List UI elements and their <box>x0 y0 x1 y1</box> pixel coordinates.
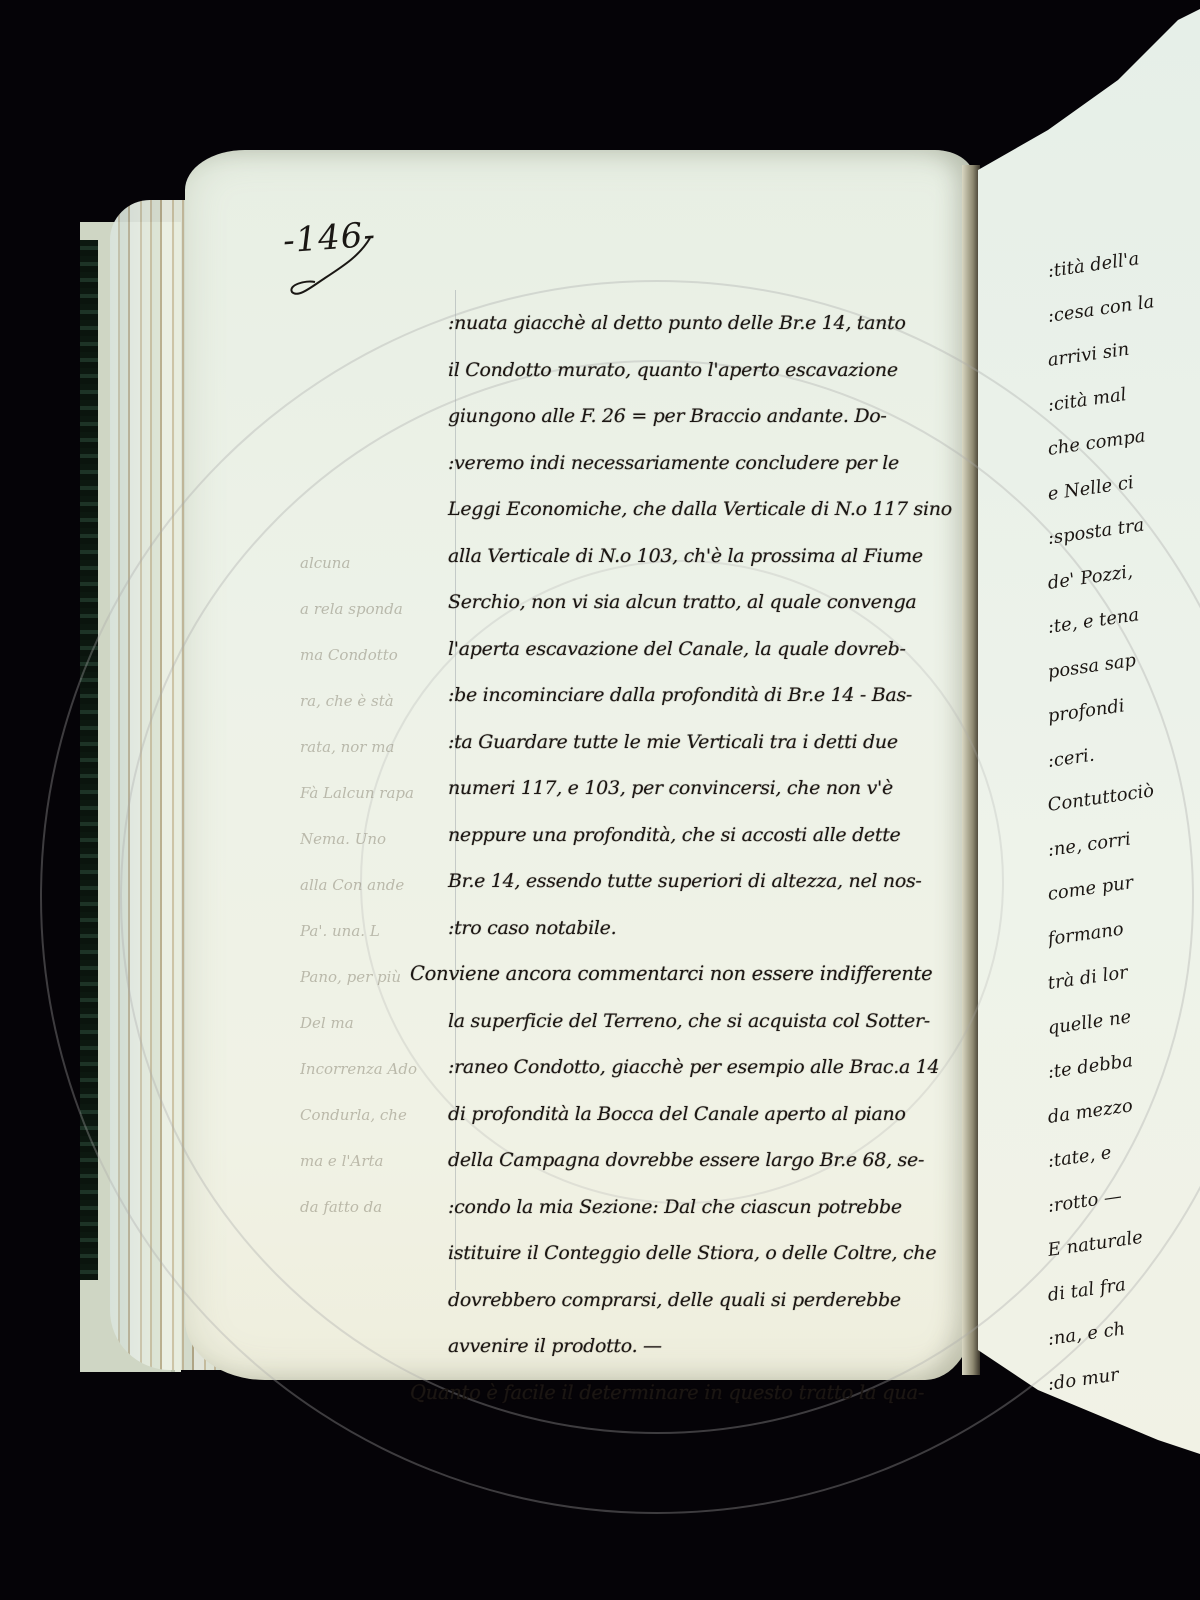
text-line: :condo la mia Sezione: Dal che ciascun p… <box>410 1184 970 1231</box>
text-line: numeri 117, e 103, per convincersi, che … <box>410 765 970 812</box>
text-line: istituire il Conteggio delle Stiora, o d… <box>410 1230 970 1277</box>
text-line: Br.e 14, essendo tutte superiori di alte… <box>410 858 970 905</box>
text-line: :tro caso notabile. <box>410 905 970 952</box>
marbled-cover-edge <box>80 240 98 1280</box>
text-line: alla Verticale di N.o 103, ch'è la pross… <box>410 533 970 580</box>
text-line: l'aperta escavazione del Canale, la qual… <box>410 626 970 673</box>
text-line: neppure una profondità, che si accosti a… <box>410 812 970 859</box>
text-line: Serchio, non vi sia alcun tratto, al qua… <box>410 579 970 626</box>
folio-flourish-icon <box>290 230 380 300</box>
text-line: :nuata giacchè al detto punto delle Br.e… <box>410 300 970 347</box>
text-line: avvenire il prodotto. — <box>410 1323 970 1370</box>
text-line: della Campagna dovrebbe essere largo Br.… <box>410 1137 970 1184</box>
text-line: :ta Guardare tutte le mie Verticali tra … <box>410 719 970 766</box>
manuscript-text-block: :nuata giacchè al detto punto delle Br.e… <box>410 300 970 1416</box>
text-line: Leggi Economiche, che dalla Verticale di… <box>410 486 970 533</box>
text-line: :be incominciare dalla profondità di Br.… <box>410 672 970 719</box>
text-line: la superficie del Terreno, che si acquis… <box>410 998 970 1045</box>
right-page-text: :tità dell'a :cesa con la arrivi sin :ci… <box>1048 250 1200 1407</box>
text-line: dovrebbero comprarsi, delle quali si per… <box>410 1277 970 1324</box>
text-line: :raneo Condotto, giacchè per esempio all… <box>410 1044 970 1091</box>
manuscript-photo: -146- alcuna a rela sponda ma Condotto r… <box>0 0 1200 1600</box>
text-line: il Condotto murato, quanto l'aperto esca… <box>410 347 970 394</box>
paragraph-start-line: Quanto è facile il determinare in questo… <box>410 1370 970 1417</box>
text-line: di profondità la Bocca del Canale aperto… <box>410 1091 970 1138</box>
text-line: giungono alle F. 26 = per Braccio andant… <box>410 393 970 440</box>
paragraph-start-line: Conviene ancora commentarci non essere i… <box>410 951 970 998</box>
text-line: :veremo indi necessariamente concludere … <box>410 440 970 487</box>
